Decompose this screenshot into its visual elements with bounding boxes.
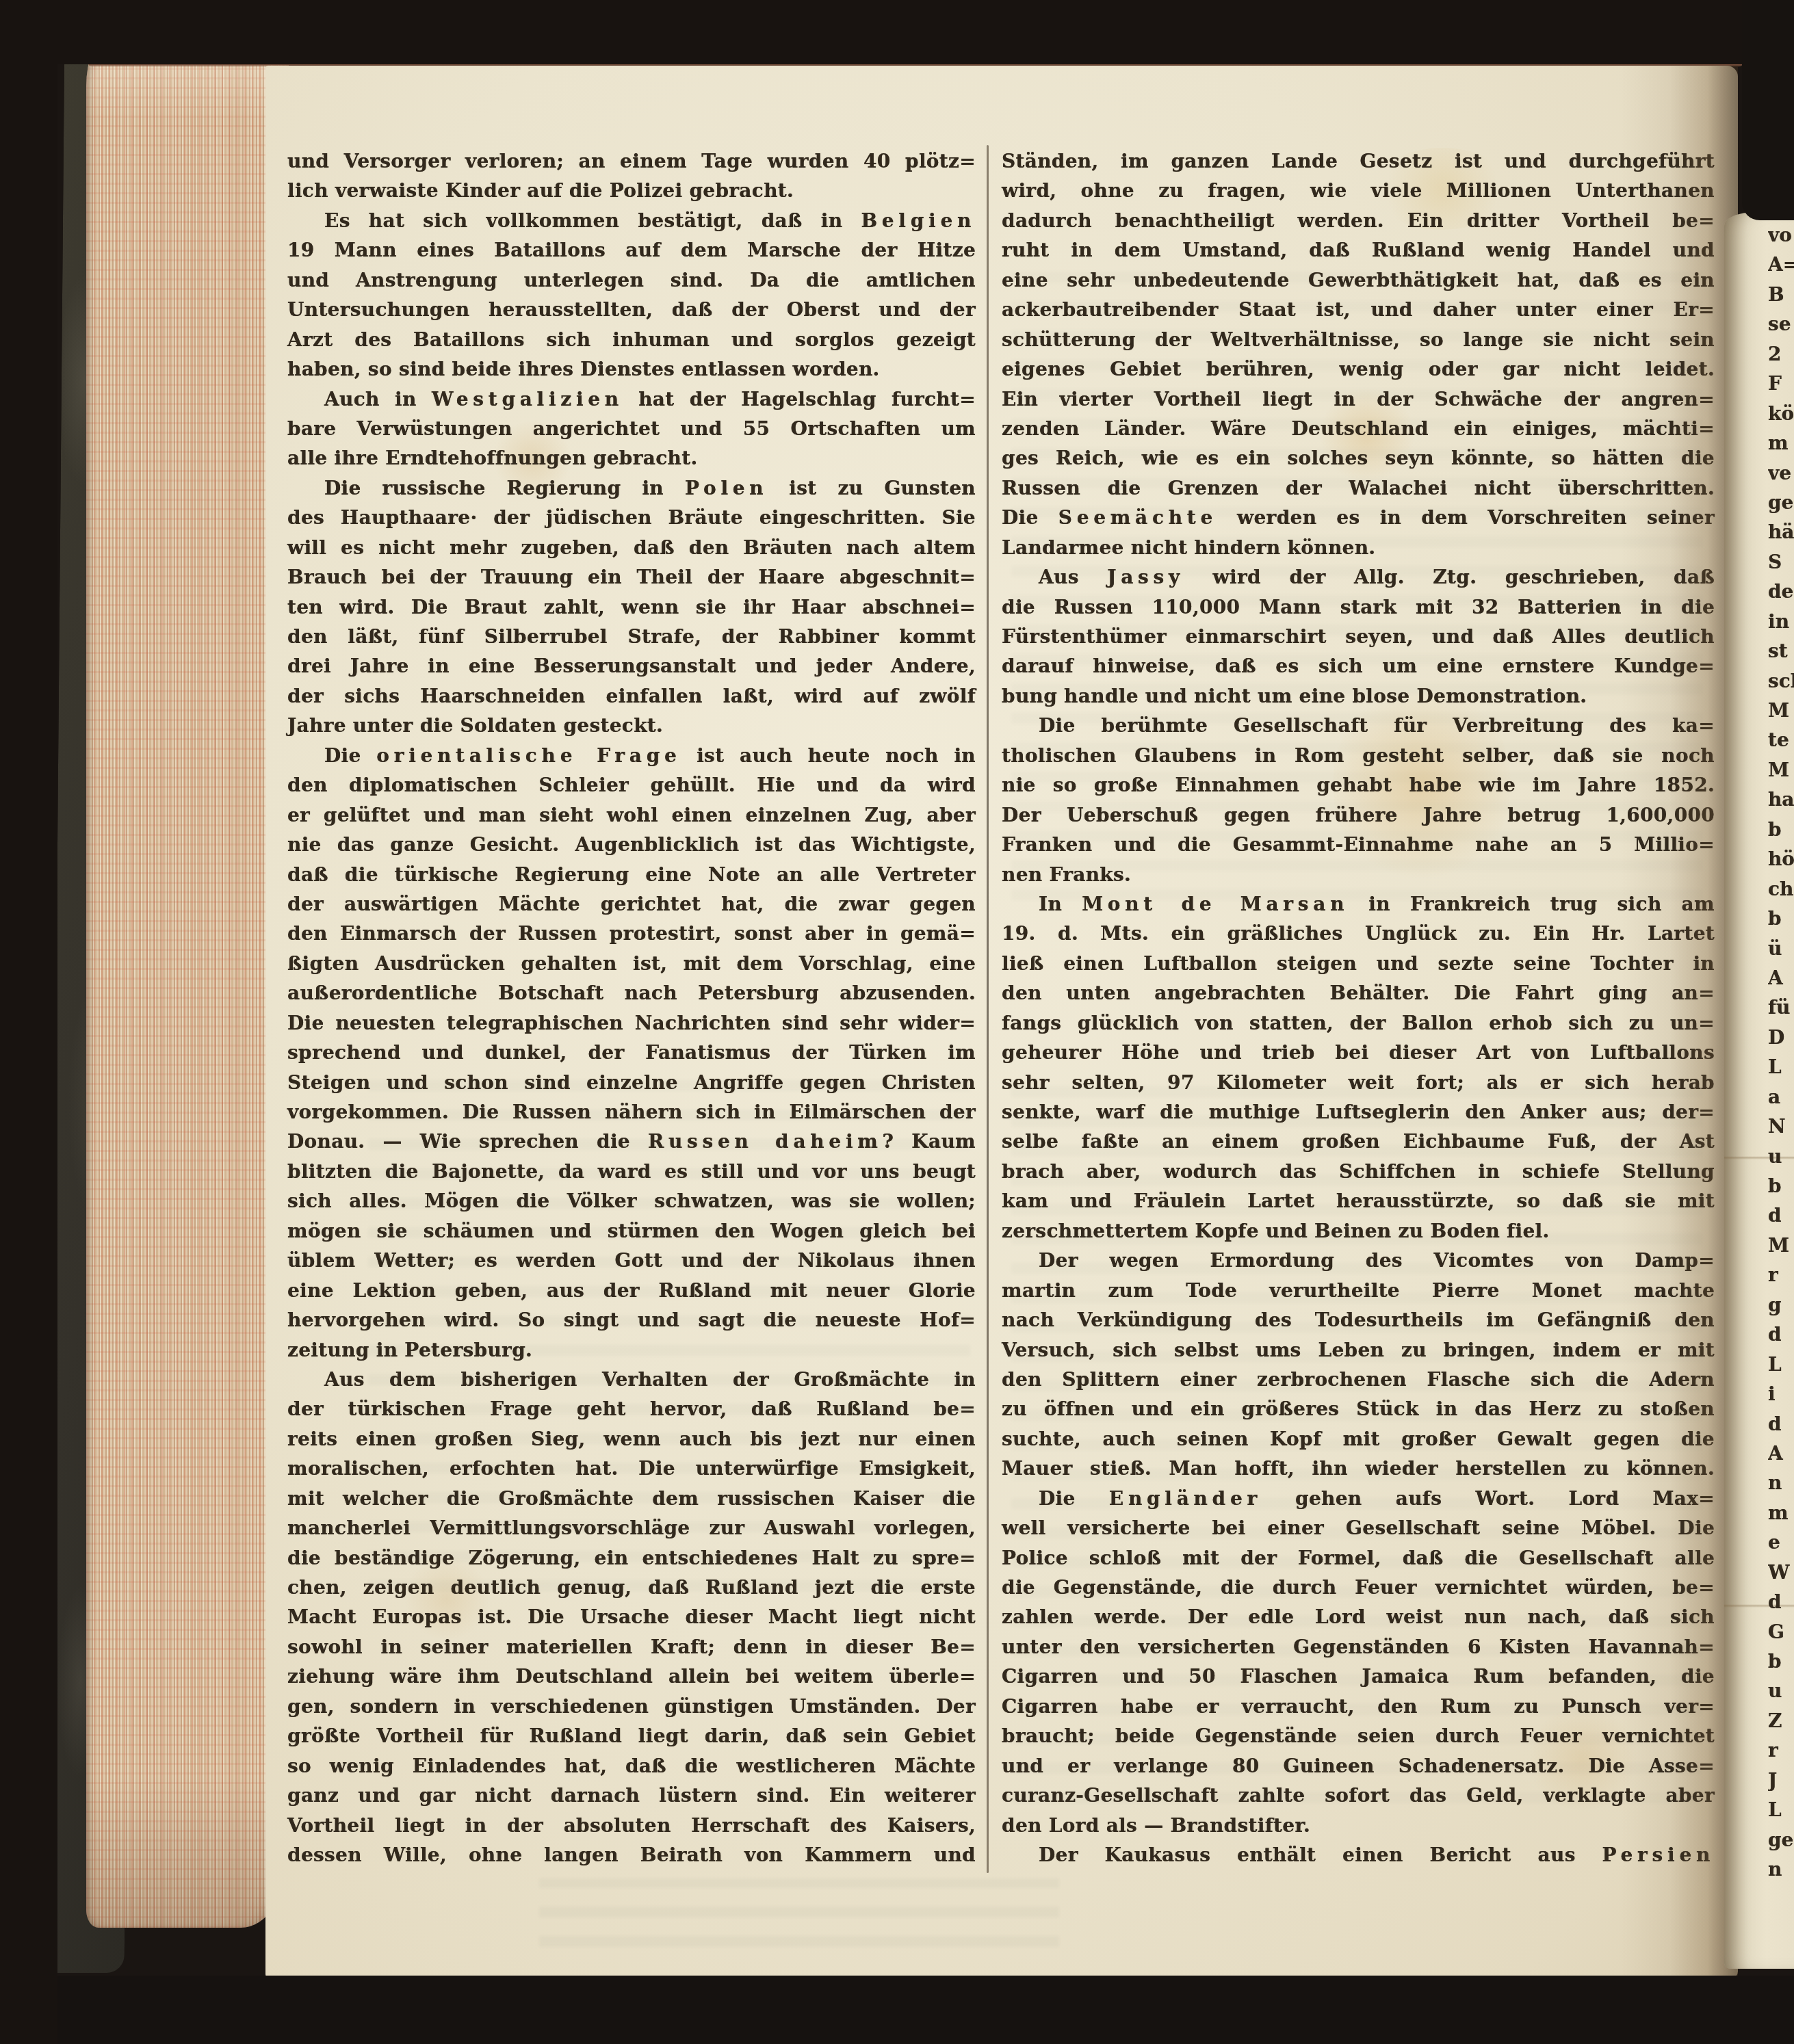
text-line: Die russische Regierung in Polen ist zu … (287, 473, 976, 503)
edge-letter-fragment: ve (1768, 458, 1794, 488)
text-line: kam und Fräulein Lartet herausstürzte, s… (1002, 1186, 1715, 1216)
edge-letter-fragment: u (1768, 1676, 1794, 1705)
edge-letter-fragment: D (1768, 1023, 1794, 1052)
text-line: bung handle und nicht um eine blose Demo… (1002, 681, 1715, 711)
text-line: Franken und die Gesammt-Einnahme nahe an… (1002, 830, 1715, 859)
text-line: mancherlei Vermittlungsvorschläge zur Au… (287, 1513, 976, 1543)
edge-letter-fragment: F (1768, 369, 1794, 398)
column-rule (987, 145, 989, 1873)
text-line: schütterung der Weltverhältnisse, so lan… (1002, 325, 1715, 354)
text-line: selbe faßte an einem großen Eichbaume Fu… (1002, 1127, 1715, 1156)
edge-letter-fragment: A (1768, 1439, 1794, 1468)
edge-letter-fragment: d (1768, 1587, 1794, 1616)
edge-letter-fragment: d (1768, 1320, 1794, 1349)
text-line: dessen Wille, ohne langen Beirath von Ka… (287, 1840, 976, 1870)
edge-letter-fragment: L (1768, 1052, 1794, 1082)
text-line: Versuch, sich selbst ums Leben zu bringe… (1002, 1335, 1715, 1365)
text-line: der sichs Haarschneiden einfallen laßt, … (287, 681, 976, 711)
text-line: will es nicht mehr zugeben, daß den Bräu… (287, 533, 976, 562)
edge-letter-fragment: r (1768, 1260, 1794, 1289)
edge-letter-fragment: ü (1768, 934, 1794, 963)
text-line: martin zum Tode verurtheilte Pierre Mone… (1002, 1276, 1715, 1305)
text-line: so wenig Einladendes hat, daß die westli… (287, 1751, 976, 1781)
text-line: In Mont de Marsan in Frankreich trug sic… (1002, 889, 1715, 919)
text-line: Der wegen Ermordung des Vicomtes von Dam… (1002, 1246, 1715, 1275)
text-line: die beständige Zögerung, ein entschieden… (287, 1543, 976, 1573)
edge-letter-fragment: sch (1768, 666, 1794, 696)
next-page-text-fragments: voA=Bse2FkömvegehäSdeinstschMteMhabhöchb… (1768, 220, 1794, 1944)
edge-letter-fragment: B (1768, 280, 1794, 309)
edge-letter-fragment: A (1768, 963, 1794, 993)
text-line: Donau. — Wie sprechen die Russen daheim?… (287, 1127, 976, 1156)
text-line: den Einmarsch der Russen protestirt, son… (287, 919, 976, 948)
text-line: außerordentliche Botschaft nach Petersbu… (287, 978, 976, 1008)
text-line: Der Kaukasus enthält einen Bericht aus P… (1002, 1840, 1715, 1870)
text-line: ßigten Ausdrücken gehalten ist, mit dem … (287, 949, 976, 978)
text-line: Ständen, im ganzen Lande Gesetz ist und … (1002, 146, 1715, 176)
text-line: 19. d. Mts. ein gräßliches Unglück zu. E… (1002, 919, 1715, 948)
text-line: braucht; beide Gegenstände seien durch F… (1002, 1721, 1715, 1751)
text-line: haben, so sind beide ihres Dienstes entl… (287, 354, 976, 384)
text-line: well versicherte bei einer Gesellschaft … (1002, 1513, 1715, 1543)
text-line: zeitung in Petersburg. (287, 1335, 976, 1365)
text-line: sprechend und dunkel, der Fanatismus der… (287, 1038, 976, 1067)
text-line: suchte, auch seinen Kopf mit großer Gewa… (1002, 1424, 1715, 1454)
edge-letter-fragment: L (1768, 1795, 1794, 1824)
text-line: daß die türkische Regierung eine Note an… (287, 860, 976, 889)
text-line: curanz-Gesellschaft zahlte sofort das Ge… (1002, 1781, 1715, 1810)
edge-letter-fragment: M (1768, 755, 1794, 785)
text-line: mit welcher die Großmächte dem russische… (287, 1484, 976, 1513)
text-line: vorgekommen. Die Russen nähern sich in E… (287, 1097, 976, 1127)
text-line: alle ihre Erndtehoffnungen gebracht. (287, 443, 976, 473)
edge-letter-fragment: M (1768, 1231, 1794, 1260)
edge-letter-fragment: hö (1768, 844, 1794, 874)
text-line: Die neuesten telegraphischen Nachrichten… (287, 1008, 976, 1038)
text-line: tholischen Glaubens in Rom gesteht selbe… (1002, 741, 1715, 770)
newspaper-page: und Versorger verloren; an einem Tage wu… (265, 66, 1738, 1978)
text-line: Mauer stieß. Man hofft, ihn wieder herst… (1002, 1454, 1715, 1483)
text-line: moralischen, erfochten hat. Die unterwür… (287, 1454, 976, 1483)
text-line: ruht in dem Umstand, daß Rußland wenig H… (1002, 235, 1715, 265)
text-line: Russen die Grenzen der Walachei nicht üb… (1002, 473, 1715, 503)
text-line: Die Engländer gehen aufs Wort. Lord Max= (1002, 1484, 1715, 1513)
text-line: dadurch benachtheiligt werden. Ein dritt… (1002, 206, 1715, 235)
text-line: fangs glücklich von statten, der Ballon … (1002, 1008, 1715, 1038)
ink-showthrough (539, 1878, 1059, 1947)
text-line: Es hat sich vollkommen bestätigt, daß in… (287, 206, 976, 235)
text-line: bare Verwüstungen angerichtet und 55 Ort… (287, 414, 976, 443)
edge-letter-fragment: J (1768, 1766, 1794, 1795)
text-line: ziehung wäre ihm Deutschland allein bei … (287, 1662, 976, 1691)
edge-letter-fragment: te (1768, 725, 1794, 755)
text-line: Landarmee nicht hindern können. (1002, 533, 1715, 562)
edge-letter-fragment: u (1768, 1142, 1794, 1171)
text-line: nach Verkündigung des Todesurtheils im G… (1002, 1305, 1715, 1335)
text-line: größte Vortheil für Rußland liegt darin,… (287, 1721, 976, 1751)
text-line: chen, zeigen deutlich genug, daß Rußland… (287, 1573, 976, 1602)
edge-letter-fragment: N (1768, 1112, 1794, 1141)
edge-letter-fragment: in (1768, 607, 1794, 636)
text-line: Macht Europas ist. Die Ursache dieser Ma… (287, 1602, 976, 1632)
edge-letter-fragment: L (1768, 1350, 1794, 1379)
text-line: senkte, warf die muthige Luftseglerin de… (1002, 1097, 1715, 1127)
text-line: ganz und gar nicht darnach lüstern sind.… (287, 1781, 976, 1810)
text-line: nen Franks. (1002, 860, 1715, 889)
scan-background-top (0, 0, 1794, 64)
edge-letter-fragment: e (1768, 1528, 1794, 1557)
text-line: den Lord als — Brandstifter. (1002, 1811, 1715, 1840)
edge-letter-fragment: W (1768, 1558, 1794, 1587)
edge-letter-fragment: m (1768, 428, 1794, 458)
edge-letter-fragment: n (1768, 1468, 1794, 1497)
text-line: der türkischen Frage geht hervor, daß Ru… (287, 1394, 976, 1424)
edge-letter-fragment: S (1768, 547, 1794, 577)
text-column-left: und Versorger verloren; an einem Tage wu… (287, 146, 976, 1870)
edge-letter-fragment: 2 (1768, 339, 1794, 369)
text-line: Auch in Westgalizien hat der Hagelschlag… (287, 384, 976, 414)
text-line: sehr selten, 97 Kilometer weit fort; als… (1002, 1068, 1715, 1097)
edge-letter-fragment: ch (1768, 874, 1794, 904)
text-line: unter den versicherten Gegenständen 6 Ki… (1002, 1632, 1715, 1662)
text-line: der auswärtigen Mächte gerichtet hat, di… (287, 889, 976, 919)
text-line: lich verwaiste Kinder auf die Polizei ge… (287, 176, 976, 205)
text-line: Ein vierter Vortheil liegt in der Schwäc… (1002, 384, 1715, 414)
text-line: Cigarren habe er verraucht, den Rum zu P… (1002, 1692, 1715, 1721)
text-line: die Russen 110,000 Mann stark mit 32 Bat… (1002, 592, 1715, 622)
text-line: und er verlange 80 Guineen Schadenersatz… (1002, 1751, 1715, 1781)
edge-letter-fragment: d (1768, 1409, 1794, 1439)
text-line: üblem Wetter; es werden Gott und der Nik… (287, 1246, 976, 1275)
text-line: zerschmettertem Kopfe und Beinen zu Bode… (1002, 1216, 1715, 1246)
text-line: Die orientalische Frage ist auch heute n… (287, 741, 976, 770)
text-line: des Haupthaare· der jüdischen Bräute ein… (287, 503, 976, 532)
edge-letter-fragment: ge (1768, 1825, 1794, 1855)
text-line: ließ einen Luftballon steigen und sezte … (1002, 949, 1715, 978)
edge-letter-fragment: g (1768, 1290, 1794, 1320)
text-line: die Gegenstände, die durch Feuer vernich… (1002, 1573, 1715, 1602)
edge-letter-fragment: n (1768, 1855, 1794, 1884)
text-line: eine sehr unbedeutende Gewerbthätigkeit … (1002, 265, 1715, 295)
scanned-book-spread: und Versorger verloren; an einem Tage wu… (0, 0, 1794, 2044)
edge-letter-fragment: d (1768, 1201, 1794, 1230)
book-fore-edge-pages (86, 38, 289, 1928)
text-line: Jahre unter die Soldaten gesteckt. (287, 711, 976, 740)
edge-letter-fragment: b (1768, 904, 1794, 933)
scan-background-top-right (1742, 0, 1794, 220)
text-line: Der Ueberschuß gegen frühere Jahre betru… (1002, 800, 1715, 830)
text-line: Police schloß mit der Formel, daß die Ge… (1002, 1543, 1715, 1573)
text-line: hervorgehen wird. So singt und sagt die … (287, 1305, 976, 1335)
text-line: reits einen großen Sieg, wenn auch bis j… (287, 1424, 976, 1454)
edge-letter-fragment: a (1768, 1082, 1794, 1112)
text-line: Die Seemächte werden es in dem Vorschrei… (1002, 503, 1715, 532)
text-column-right: Ständen, im ganzen Lande Gesetz ist und … (1002, 146, 1715, 1870)
edge-letter-fragment: M (1768, 696, 1794, 725)
edge-letter-fragment: b (1768, 1647, 1794, 1676)
text-line: zenden Länder. Wäre Deutschland ein eini… (1002, 414, 1715, 443)
text-line: Aus dem bisherigen Verhalten der Großmäc… (287, 1365, 976, 1394)
text-line: ges Reich, wie es ein solches seyn könnt… (1002, 443, 1715, 473)
edge-letter-fragment: r (1768, 1735, 1794, 1765)
text-line: nie so große Einnahmen gehabt habe wie i… (1002, 770, 1715, 800)
edge-letter-fragment: b (1768, 1171, 1794, 1201)
text-line: geheurer Höhe und trieb bei dieser Art v… (1002, 1038, 1715, 1067)
text-line: Die berühmte Gesellschaft für Verbreitun… (1002, 711, 1715, 740)
text-line: ackerbautreibender Staat ist, und daher … (1002, 295, 1715, 324)
text-line: eigenes Gebiet berühren, wenig oder gar … (1002, 354, 1715, 384)
edge-letter-fragment: kö (1768, 399, 1794, 428)
text-line: und Versorger verloren; an einem Tage wu… (287, 146, 976, 176)
text-line: den läßt, fünf Silberrubel Strafe, der R… (287, 622, 976, 651)
scan-background-bottom (0, 1976, 1794, 2044)
text-line: Steigen und schon sind einzelne Angriffe… (287, 1068, 976, 1097)
edge-letter-fragment: A= (1768, 250, 1794, 279)
edge-letter-fragment: st (1768, 636, 1794, 666)
text-line: und Anstrengung unterlegen sind. Da die … (287, 265, 976, 295)
edge-letter-fragment: m (1768, 1498, 1794, 1528)
edge-letter-fragment: G (1768, 1617, 1794, 1647)
edge-letter-fragment: se (1768, 309, 1794, 339)
text-line: drei Jahre in eine Besserungsanstalt und… (287, 651, 976, 681)
text-line: zahlen werde. Der edle Lord weist nun na… (1002, 1602, 1715, 1632)
edge-letter-fragment: Z (1768, 1706, 1794, 1735)
edge-letter-fragment: ge (1768, 488, 1794, 517)
text-line: er gelüftet und man sieht wohl einen ein… (287, 800, 976, 830)
text-line: ten wird. Die Braut zahlt, wenn sie ihr … (287, 592, 976, 622)
text-line: Fürstenthümer einmarschirt seyen, und da… (1002, 622, 1715, 651)
text-line: Brauch bei der Trauung ein Theil der Haa… (287, 562, 976, 592)
text-line: eine Lektion geben, aus der Rußland mit … (287, 1276, 976, 1305)
edge-letter-fragment: de (1768, 577, 1794, 606)
text-line: den Splittern einer zerbrochenen Flasche… (1002, 1365, 1715, 1394)
text-line: blitzten die Bajonette, da ward es still… (287, 1157, 976, 1186)
edge-letter-fragment: ha (1768, 785, 1794, 814)
edge-letter-fragment: vo (1768, 220, 1794, 250)
text-line: gen, sondern in verschiedenen günstigen … (287, 1692, 976, 1721)
text-line: den unten angebrachten Behälter. Die Fah… (1002, 978, 1715, 1008)
text-line: wird, ohne zu fragen, wie viele Millione… (1002, 176, 1715, 205)
text-line: Vortheil liegt in der absoluten Herrscha… (287, 1811, 976, 1840)
text-line: brach aber, wodurch das Schiffchen in sc… (1002, 1157, 1715, 1186)
text-line: nie das ganze Gesicht. Augenblicklich is… (287, 830, 976, 859)
edge-letter-fragment: hä (1768, 517, 1794, 547)
text-line: mögen sie schäumen und stürmen den Wogen… (287, 1216, 976, 1246)
text-line: den diplomatischen Schleier gehüllt. Hie… (287, 770, 976, 800)
text-line: Aus Jassy wird der Allg. Ztg. geschriebe… (1002, 562, 1715, 592)
text-line: zu öffnen und ein größeres Stück in das … (1002, 1394, 1715, 1424)
edge-letter-fragment: fü (1768, 993, 1794, 1022)
text-line: Cigarren und 50 Flaschen Jamaica Rum bef… (1002, 1662, 1715, 1691)
text-line: Arzt des Bataillons sich inhuman und sor… (287, 325, 976, 354)
scan-background-left (0, 0, 57, 2044)
text-line: Untersuchungen herausstellten, daß der O… (287, 295, 976, 324)
text-line: sich alles. Mögen die Völker schwatzen, … (287, 1186, 976, 1216)
text-line: 19 Mann eines Bataillons auf dem Marsche… (287, 235, 976, 265)
edge-letter-fragment: b (1768, 815, 1794, 844)
text-line: sowohl in seiner materiellen Kraft; denn… (287, 1632, 976, 1662)
edge-letter-fragment: i (1768, 1379, 1794, 1408)
text-line: darauf hinweise, daß es sich um eine ern… (1002, 651, 1715, 681)
